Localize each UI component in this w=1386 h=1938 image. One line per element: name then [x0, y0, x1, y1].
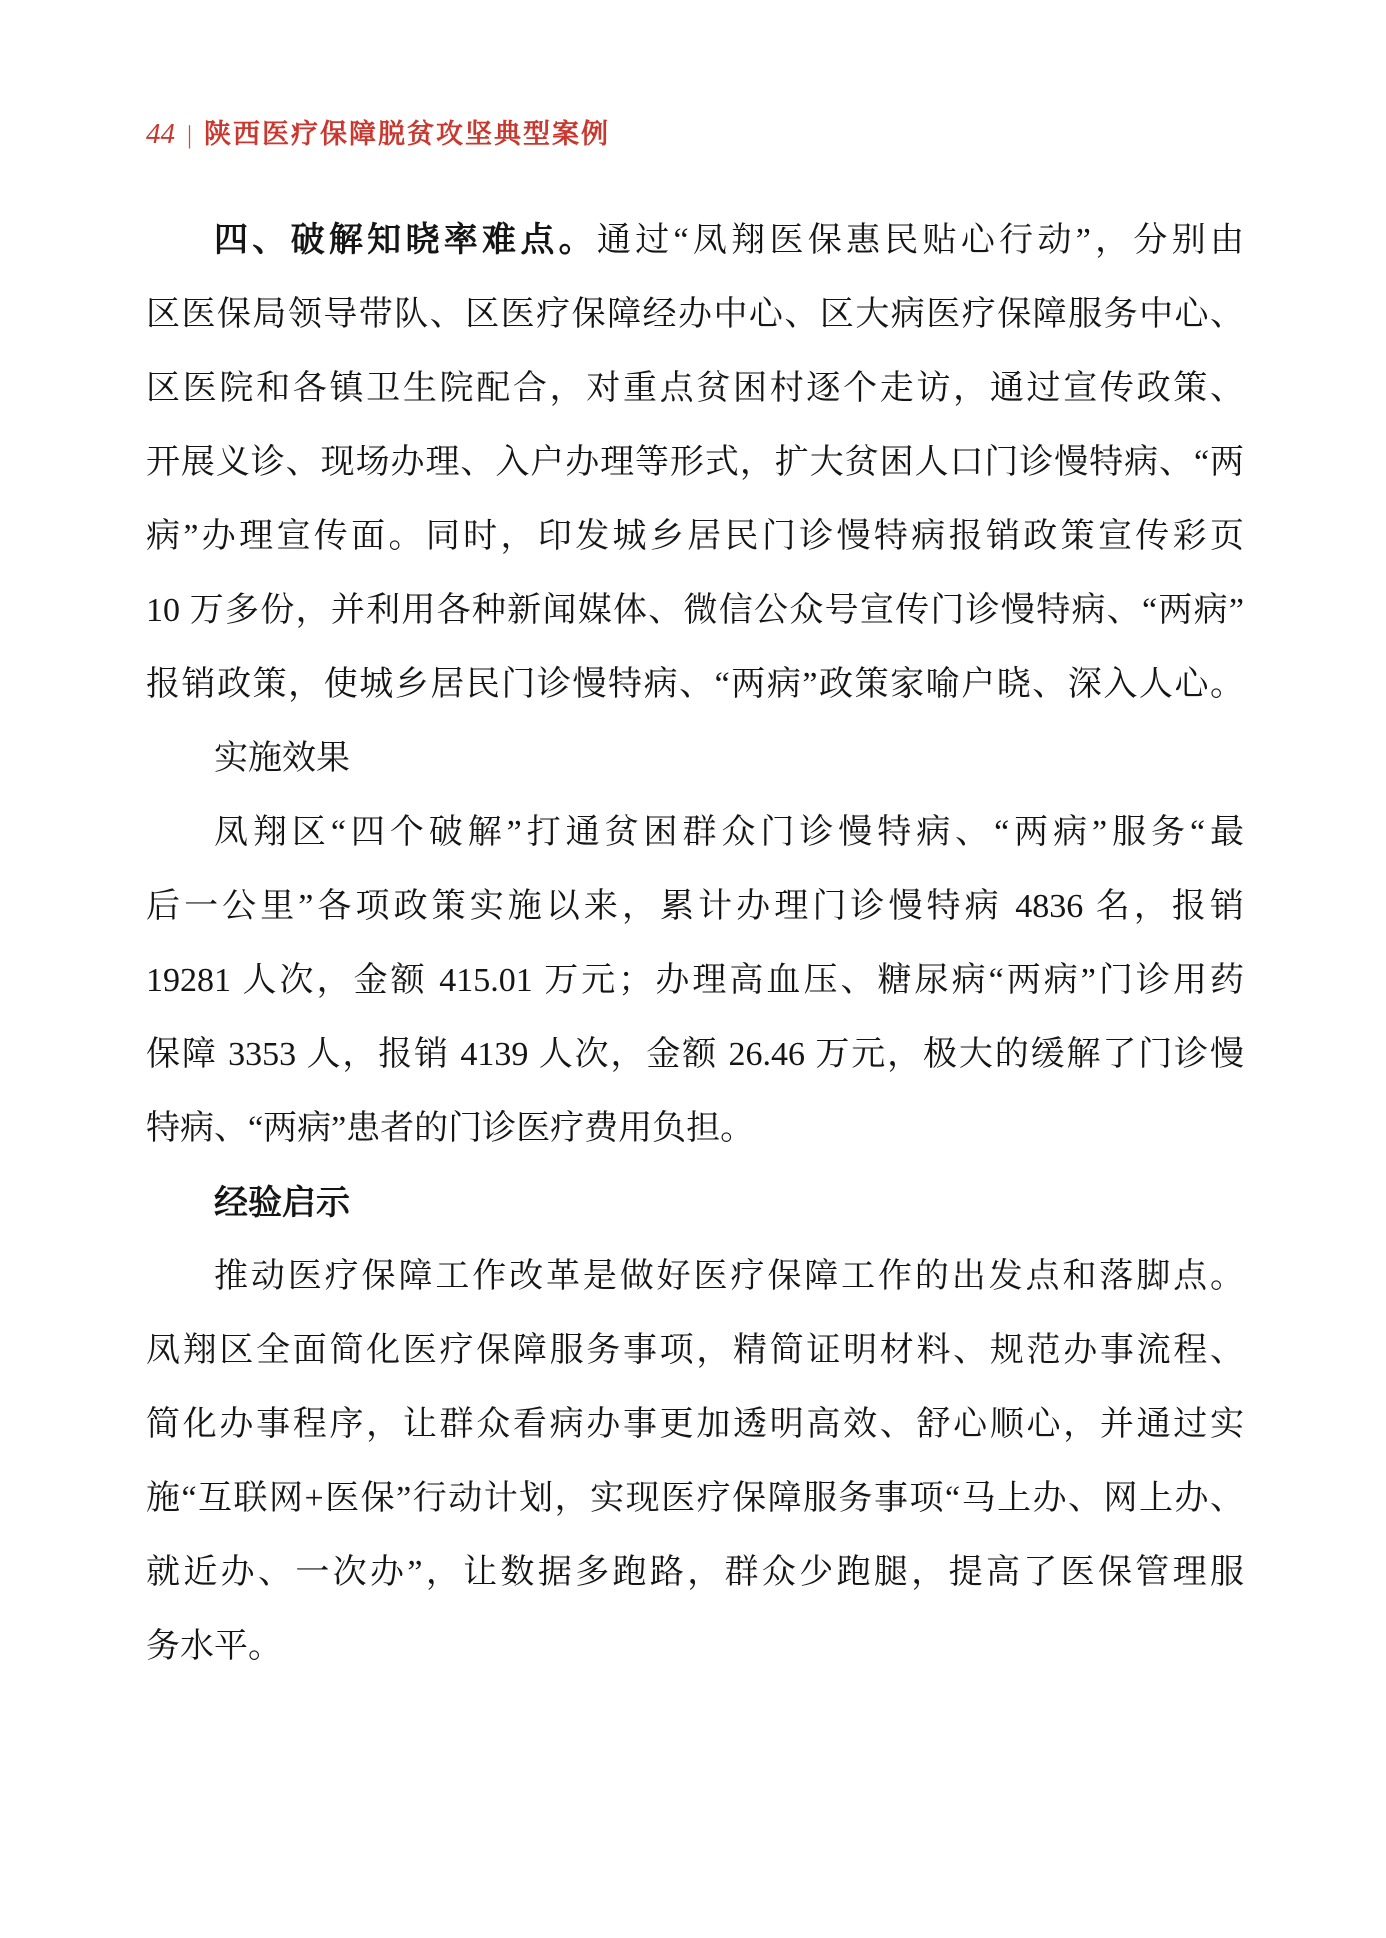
paragraph-lead-kaiti: 四、破解知晓率难点。 [214, 222, 597, 259]
page-header: 44 | 陕西医疗保障脱贫攻坚典型案例 [146, 116, 610, 154]
text-line: 病”办理宣传面。同时，印发城乡居民门诊慢特病报销政策宣传彩页 [146, 500, 1244, 574]
text-line: 施“互联网+医保”行动计划，实现医疗保障服务事项“马上办、网上办、 [146, 1462, 1244, 1536]
text-line: 开展义诊、现场办理、入户办理等形式，扩大贫困人口门诊慢特病、“两 [146, 426, 1244, 500]
text-line: 保障 3353 人，报销 4139 人次，金额 26.46 万元，极大的缓解了门… [146, 1018, 1244, 1092]
text-line: 10 万多份，并利用各种新闻媒体、微信公众号宣传门诊慢特病、“两病” [146, 574, 1244, 648]
text-line: 务水平。 [146, 1610, 1244, 1684]
document-body: 四、破解知晓率难点。通过“凤翔医保惠民贴心行动”，分别由 区医保局领导带队、区医… [146, 204, 1244, 1684]
text-line: 特病、“两病”患者的门诊医疗费用负担。 [146, 1092, 1244, 1166]
text-line: 报销政策，使城乡居民门诊慢特病、“两病”政策家喻户晓、深入人心。 [146, 648, 1244, 722]
header-separator: | [187, 118, 192, 154]
section-heading-experience: 经验启示 [146, 1166, 1244, 1240]
text-line: 后一公里”各项政策实施以来，累计办理门诊慢特病 4836 名，报销 [146, 870, 1244, 944]
text-line: 简化办事程序，让群众看病办事更加透明高效、舒心顺心，并通过实 [146, 1388, 1244, 1462]
header-title: 陕西医疗保障脱贫攻坚典型案例 [204, 116, 610, 152]
text-line: 四、破解知晓率难点。通过“凤翔医保惠民贴心行动”，分别由 [146, 204, 1244, 278]
text-line: 凤翔区全面简化医疗保障服务事项，精简证明材料、规范办事流程、 [146, 1314, 1244, 1388]
text-line: 区医院和各镇卫生院配合，对重点贫困村逐个走访，通过宣传政策、 [146, 352, 1244, 426]
text-line: 19281 人次，金额 415.01 万元；办理高血压、糖尿病“两病”门诊用药 [146, 944, 1244, 1018]
text-line: 推动医疗保障工作改革是做好医疗保障工作的出发点和落脚点。 [146, 1240, 1244, 1314]
text-line: 凤翔区“四个破解”打通贫困群众门诊慢特病、“两病”服务“最 [146, 796, 1244, 870]
text-segment: 通过“凤翔医保惠民贴心行动”，分别由 [597, 222, 1244, 259]
page-number: 44 [146, 116, 175, 152]
text-line: 就近办、一次办”，让数据多跑路，群众少跑腿，提高了医保管理服 [146, 1536, 1244, 1610]
text-line: 区医保局领导带队、区医疗保障经办中心、区大病医疗保障服务中心、 [146, 278, 1244, 352]
section-heading-implementation-effect: 实施效果 [146, 722, 1244, 796]
